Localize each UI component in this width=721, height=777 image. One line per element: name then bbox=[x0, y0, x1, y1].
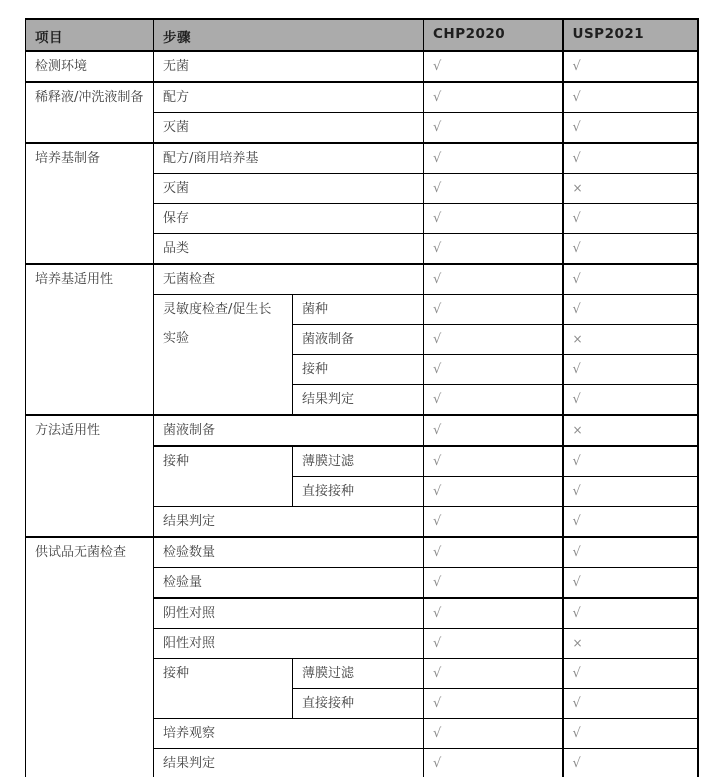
check-mark: √ bbox=[433, 666, 441, 681]
substep-cell: 薄膜过滤 bbox=[293, 659, 424, 689]
substep-cell: 直接接种 bbox=[293, 477, 424, 507]
usp-value-cell: × bbox=[563, 629, 698, 659]
check-mark: √ bbox=[573, 575, 581, 590]
header-step: 步骤 bbox=[154, 19, 424, 51]
check-mark: √ bbox=[433, 392, 441, 407]
usp-value-cell: √ bbox=[563, 143, 698, 174]
step-cell: 接种 bbox=[154, 659, 293, 719]
usp-value-cell: × bbox=[563, 415, 698, 446]
usp-value-cell: √ bbox=[563, 113, 698, 144]
usp-value-cell: √ bbox=[563, 689, 698, 719]
check-mark: √ bbox=[433, 696, 441, 711]
check-mark: √ bbox=[433, 90, 441, 105]
usp-value-cell: × bbox=[563, 325, 698, 355]
step-cell: 灵敏度检查/促生长实验 bbox=[154, 295, 293, 416]
cross-mark: × bbox=[573, 332, 583, 346]
check-mark: √ bbox=[433, 59, 441, 74]
step-cell: 配方 bbox=[154, 82, 424, 113]
chp-value-cell: √ bbox=[424, 355, 563, 385]
check-mark: √ bbox=[573, 272, 581, 287]
table-row: 稀释液/冲洗液制备配方√√ bbox=[26, 82, 698, 113]
step-cell: 保存 bbox=[154, 204, 424, 234]
item-cell: 培养基制备 bbox=[26, 143, 154, 264]
usp-value-cell: √ bbox=[563, 385, 698, 416]
substep-cell: 接种 bbox=[293, 355, 424, 385]
chp-value-cell: √ bbox=[424, 568, 563, 599]
check-mark: √ bbox=[433, 726, 441, 741]
header-usp2021: USP2021 bbox=[563, 19, 698, 51]
chp-value-cell: √ bbox=[424, 234, 563, 265]
usp-value-cell: √ bbox=[563, 234, 698, 265]
check-mark: √ bbox=[433, 454, 441, 469]
usp-value-cell: √ bbox=[563, 51, 698, 82]
chp-value-cell: √ bbox=[424, 659, 563, 689]
check-mark: √ bbox=[573, 514, 581, 529]
usp-value-cell: √ bbox=[563, 355, 698, 385]
document-page: 项目 步骤 CHP2020 USP2021 检测环境无菌√√稀释液/冲洗液制备配… bbox=[0, 0, 721, 777]
table-row: 方法适用性菌液制备√× bbox=[26, 415, 698, 446]
table-row: 供试品无菌检查检验数量√√ bbox=[26, 537, 698, 568]
item-cell: 方法适用性 bbox=[26, 415, 154, 537]
check-mark: √ bbox=[573, 606, 581, 621]
usp-value-cell: √ bbox=[563, 446, 698, 477]
check-mark: √ bbox=[433, 756, 441, 771]
check-mark: √ bbox=[573, 59, 581, 74]
cross-mark: × bbox=[573, 181, 583, 195]
cross-mark: × bbox=[573, 636, 583, 650]
chp-value-cell: √ bbox=[424, 325, 563, 355]
check-mark: √ bbox=[573, 545, 581, 560]
check-mark: √ bbox=[573, 392, 581, 407]
item-cell: 培养基适用性 bbox=[26, 264, 154, 415]
usp-value-cell: √ bbox=[563, 749, 698, 777]
header-item: 项目 bbox=[26, 19, 154, 51]
usp-value-cell: √ bbox=[563, 598, 698, 629]
chp-value-cell: √ bbox=[424, 204, 563, 234]
check-mark: √ bbox=[433, 332, 441, 347]
check-mark: √ bbox=[573, 756, 581, 771]
check-mark: √ bbox=[573, 666, 581, 681]
check-mark: √ bbox=[573, 302, 581, 317]
chp-value-cell: √ bbox=[424, 537, 563, 568]
check-mark: √ bbox=[573, 726, 581, 741]
chp-value-cell: √ bbox=[424, 82, 563, 113]
step-cell: 无菌 bbox=[154, 51, 424, 82]
chp-value-cell: √ bbox=[424, 295, 563, 325]
chp-value-cell: √ bbox=[424, 598, 563, 629]
step-cell: 阴性对照 bbox=[154, 598, 424, 629]
cross-mark: × bbox=[573, 423, 583, 437]
step-cell: 品类 bbox=[154, 234, 424, 265]
table-row: 培养基制备配方/商用培养基√√ bbox=[26, 143, 698, 174]
step-cell: 无菌检查 bbox=[154, 264, 424, 295]
chp-value-cell: √ bbox=[424, 446, 563, 477]
check-mark: √ bbox=[573, 90, 581, 105]
check-mark: √ bbox=[433, 636, 441, 651]
step-cell: 检验量 bbox=[154, 568, 424, 599]
step-cell: 灭菌 bbox=[154, 113, 424, 144]
step-cell: 检验数量 bbox=[154, 537, 424, 568]
check-mark: √ bbox=[433, 181, 441, 196]
chp-value-cell: √ bbox=[424, 719, 563, 749]
check-mark: √ bbox=[573, 454, 581, 469]
step-cell: 阳性对照 bbox=[154, 629, 424, 659]
usp-value-cell: √ bbox=[563, 264, 698, 295]
check-mark: √ bbox=[433, 272, 441, 287]
usp-value-cell: √ bbox=[563, 537, 698, 568]
check-mark: √ bbox=[433, 211, 441, 226]
chp-value-cell: √ bbox=[424, 415, 563, 446]
chp-value-cell: √ bbox=[424, 113, 563, 144]
check-mark: √ bbox=[433, 362, 441, 377]
step-cell: 配方/商用培养基 bbox=[154, 143, 424, 174]
check-mark: √ bbox=[433, 302, 441, 317]
check-mark: √ bbox=[433, 151, 441, 166]
table-body: 检测环境无菌√√稀释液/冲洗液制备配方√√灭菌√√培养基制备配方/商用培养基√√… bbox=[26, 51, 698, 777]
substep-cell: 薄膜过滤 bbox=[293, 446, 424, 477]
check-mark: √ bbox=[433, 120, 441, 135]
comparison-table: 项目 步骤 CHP2020 USP2021 检测环境无菌√√稀释液/冲洗液制备配… bbox=[25, 18, 699, 777]
check-mark: √ bbox=[573, 484, 581, 499]
step-cell: 灭菌 bbox=[154, 174, 424, 204]
usp-value-cell: √ bbox=[563, 719, 698, 749]
header-row: 项目 步骤 CHP2020 USP2021 bbox=[26, 19, 698, 51]
usp-value-cell: √ bbox=[563, 204, 698, 234]
substep-cell: 菌液制备 bbox=[293, 325, 424, 355]
substep-cell: 结果判定 bbox=[293, 385, 424, 416]
check-mark: √ bbox=[433, 514, 441, 529]
usp-value-cell: √ bbox=[563, 659, 698, 689]
chp-value-cell: √ bbox=[424, 507, 563, 538]
item-cell: 供试品无菌检查 bbox=[26, 537, 154, 777]
table-row: 检测环境无菌√√ bbox=[26, 51, 698, 82]
check-mark: √ bbox=[433, 545, 441, 560]
chp-value-cell: √ bbox=[424, 749, 563, 777]
item-cell: 检测环境 bbox=[26, 51, 154, 82]
check-mark: √ bbox=[573, 211, 581, 226]
usp-value-cell: √ bbox=[563, 82, 698, 113]
header-chp2020: CHP2020 bbox=[424, 19, 563, 51]
chp-value-cell: √ bbox=[424, 174, 563, 204]
usp-value-cell: √ bbox=[563, 295, 698, 325]
chp-value-cell: √ bbox=[424, 477, 563, 507]
usp-value-cell: √ bbox=[563, 568, 698, 599]
step-cell: 菌液制备 bbox=[154, 415, 424, 446]
substep-cell: 直接接种 bbox=[293, 689, 424, 719]
step-cell: 结果判定 bbox=[154, 507, 424, 538]
check-mark: √ bbox=[573, 696, 581, 711]
chp-value-cell: √ bbox=[424, 264, 563, 295]
chp-value-cell: √ bbox=[424, 689, 563, 719]
check-mark: √ bbox=[573, 241, 581, 256]
step-cell: 结果判定 bbox=[154, 749, 424, 777]
substep-cell: 菌种 bbox=[293, 295, 424, 325]
check-mark: √ bbox=[433, 423, 441, 438]
step-cell: 培养观察 bbox=[154, 719, 424, 749]
item-cell: 稀释液/冲洗液制备 bbox=[26, 82, 154, 143]
check-mark: √ bbox=[573, 362, 581, 377]
chp-value-cell: √ bbox=[424, 51, 563, 82]
usp-value-cell: √ bbox=[563, 477, 698, 507]
check-mark: √ bbox=[433, 241, 441, 256]
check-mark: √ bbox=[433, 575, 441, 590]
step-cell: 接种 bbox=[154, 446, 293, 507]
chp-value-cell: √ bbox=[424, 629, 563, 659]
table-row: 培养基适用性无菌检查√√ bbox=[26, 264, 698, 295]
chp-value-cell: √ bbox=[424, 143, 563, 174]
check-mark: √ bbox=[433, 606, 441, 621]
usp-value-cell: × bbox=[563, 174, 698, 204]
check-mark: √ bbox=[573, 120, 581, 135]
chp-value-cell: √ bbox=[424, 385, 563, 416]
check-mark: √ bbox=[573, 151, 581, 166]
check-mark: √ bbox=[433, 484, 441, 499]
usp-value-cell: √ bbox=[563, 507, 698, 538]
